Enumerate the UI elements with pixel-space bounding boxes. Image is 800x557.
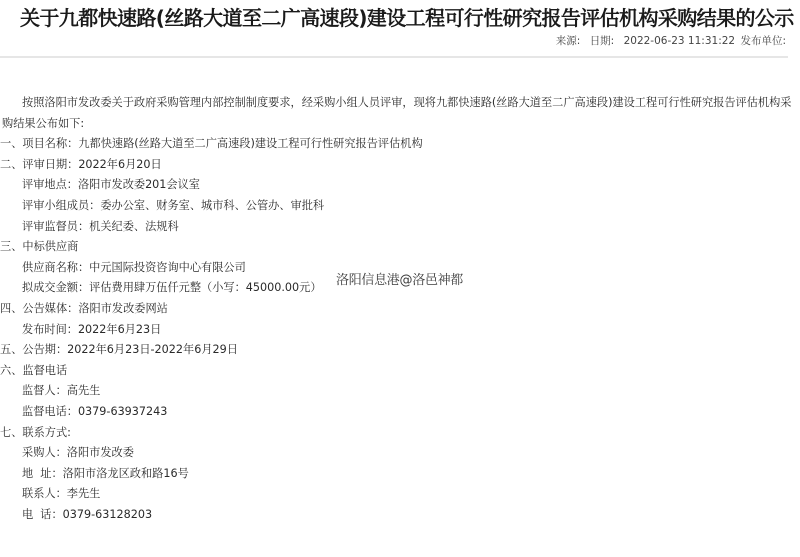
publisher-label: 发布单位: (740, 35, 786, 47)
section-project-name: 一、项目名称：九都快速路(丝路大道至二广高速段)建设工程可行性研究报告评估机构 (0, 134, 800, 155)
article-body: 按照洛阳市发改委关于政府采购管理内部控制制度要求，经采购小组人员评审，现将九都快… (0, 93, 800, 525)
section-announcement-period: 五、公告期：2022年6月23日-2022年6月29日 (0, 340, 800, 361)
section-contact-info: 七、联系方式: (0, 423, 800, 444)
review-location: 评审地点：洛阳市发改委201会议室 (0, 175, 800, 196)
section-announcement-media: 四、公告媒体：洛阳市发改委网站 (0, 299, 800, 320)
date-value: 2022-06-23 11:31:22 (624, 35, 736, 47)
address: 地 址：洛阳市洛龙区政和路16号 (0, 464, 800, 485)
publish-time: 发布时间：2022年6月23日 (0, 320, 800, 341)
article-meta: 来源: 日期: 2022-06-23 11:31:22 发布单位: (550, 34, 786, 48)
review-supervisors: 评审监督员：机关纪委、法规科 (0, 217, 800, 238)
watermark: 洛阳信息港@洛邑神都 (336, 269, 463, 288)
section-review-date: 二、评审日期：2022年6月20日 (0, 155, 800, 176)
review-panel-members: 评审小组成员：委办公室、财务室、城市科、公管办、审批科 (0, 196, 800, 217)
intro-paragraph-line-1: 按照洛阳市发改委关于政府采购管理内部控制制度要求，经采购小组人员评审，现将九都快… (0, 93, 800, 114)
source-label: 来源: (556, 35, 581, 47)
contact-phone: 电 话：0379-63128203 (0, 505, 800, 526)
supervisor-phone: 监督电话：0379-63937243 (0, 402, 800, 423)
section-supervision-phone: 六、监督电话 (0, 361, 800, 382)
intro-paragraph-line-2: 购结果公布如下: (0, 114, 800, 135)
contact-person: 联系人：李先生 (0, 484, 800, 505)
section-winning-supplier: 三、中标供应商 (0, 237, 800, 258)
purchaser: 采购人：洛阳市发改委 (0, 443, 800, 464)
page-title: 关于九都快速路(丝路大道至二广高速段)建设工程可行性研究报告评估机构采购结果的公… (20, 4, 800, 32)
date-label: 日期: (590, 35, 615, 47)
header-divider (0, 56, 788, 58)
supervisor-name: 监督人：高先生 (0, 381, 800, 402)
